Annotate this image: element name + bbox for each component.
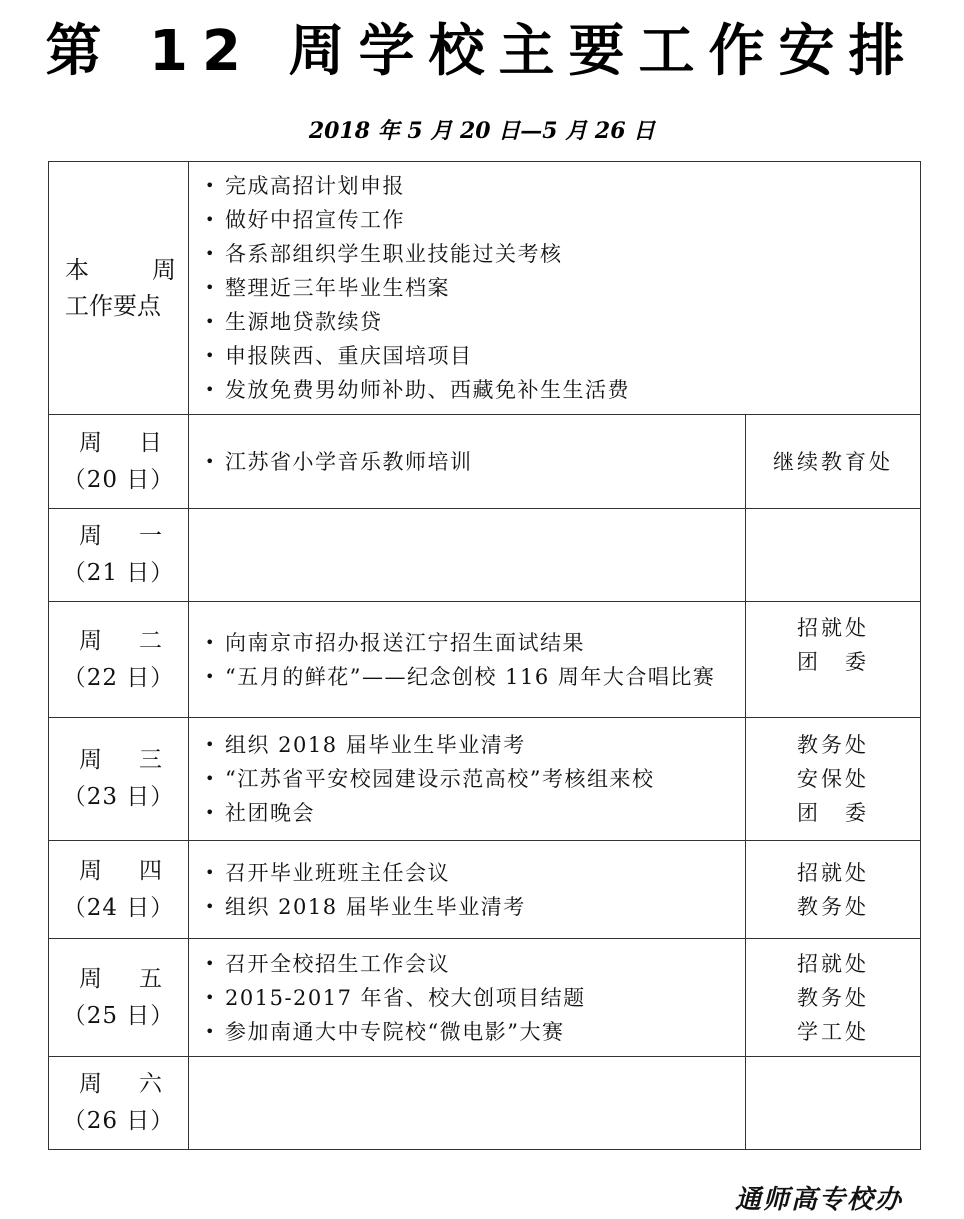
day-row-saturday: 周六 （26 日） <box>49 1057 921 1150</box>
day-label-cell: 周五 （25 日） <box>49 939 189 1057</box>
weekday-label: 三 <box>139 742 162 779</box>
day-row-wednesday: 周三 （23 日） 组织 2018 届毕业生毕业清考 “江苏省平安校园建设示范高… <box>49 718 921 841</box>
day-row-friday: 周五 （25 日） 召开全校招生工作会议 2015-2017 年省、校大创项目结… <box>49 939 921 1057</box>
date-label: （23 日） <box>49 779 188 816</box>
week-label: 周 <box>79 518 102 555</box>
date-range: 2018 年 5 月 20 日—5 月 26 日 <box>0 116 964 146</box>
day-row-sunday: 周日 （20 日） 江苏省小学音乐教师培训 继续教育处 <box>49 415 921 509</box>
tasks-cell: 召开毕业班班主任会议 组织 2018 届毕业生毕业清考 <box>189 841 746 939</box>
tasks-cell: 向南京市招办报送江宁招生面试结果 “五月的鲜花”——纪念创校 116 周年大合唱… <box>189 602 746 718</box>
summary-label-cell: 本 周 工作要点 <box>49 162 189 415</box>
weekday-label: 一 <box>139 518 162 555</box>
dept-label: 教务处 <box>746 981 920 1015</box>
day-label-cell: 周日 （20 日） <box>49 415 189 509</box>
task-item: 江苏省小学音乐教师培训 <box>203 445 739 479</box>
summary-label-part: 周 <box>152 252 176 288</box>
task-item: “江苏省平安校园建设示范高校”考核组来校 <box>203 762 739 796</box>
week-label: 周 <box>79 742 102 779</box>
dept-cell: 招就处 教务处 <box>746 841 921 939</box>
signature: 通师高专校办 <box>735 1183 903 1217</box>
day-row-tuesday: 周二 （22 日） 向南京市招办报送江宁招生面试结果 “五月的鲜花”——纪念创校… <box>49 602 921 718</box>
dept-label: 安保处 <box>746 762 920 796</box>
day-label-cell: 周三 （23 日） <box>49 718 189 841</box>
dept-label: 招就处 <box>746 611 920 645</box>
tasks-cell: 召开全校招生工作会议 2015-2017 年省、校大创项目结题 参加南通大中专院… <box>189 939 746 1057</box>
date-label: （25 日） <box>49 998 188 1035</box>
week-label: 周 <box>79 1066 102 1103</box>
summary-item: 生源地贷款续贷 <box>203 305 914 339</box>
day-row-monday: 周一 （21 日） <box>49 509 921 602</box>
tasks-cell <box>189 1057 746 1150</box>
date-label: （24 日） <box>49 890 188 927</box>
day-label-cell: 周二 （22 日） <box>49 602 189 718</box>
tasks-cell: 江苏省小学音乐教师培训 <box>189 415 746 509</box>
weekday-label: 四 <box>139 853 162 890</box>
day-row-thursday: 周四 （24 日） 召开毕业班班主任会议 组织 2018 届毕业生毕业清考 招就… <box>49 841 921 939</box>
dept-cell: 招就处 团 委 <box>746 602 921 718</box>
weekday-label: 日 <box>139 425 162 462</box>
task-item: 社团晚会 <box>203 796 739 830</box>
summary-items-cell: 完成高招计划申报 做好中招宣传工作 各系部组织学生职业技能过关考核 整理近三年毕… <box>189 162 921 415</box>
dept-label: 学工处 <box>746 1015 920 1049</box>
dept-label: 教务处 <box>746 890 920 924</box>
task-item: 召开全校招生工作会议 <box>203 947 739 981</box>
task-item: 参加南通大中专院校“微电影”大赛 <box>203 1015 739 1049</box>
task-item: 2015-2017 年省、校大创项目结题 <box>203 981 739 1015</box>
week-label: 周 <box>79 853 102 890</box>
date-label: （21 日） <box>49 555 188 592</box>
summary-item: 发放免费男幼师补助、西藏免补生生活费 <box>203 373 914 407</box>
summary-item: 申报陕西、重庆国培项目 <box>203 339 914 373</box>
weekday-label: 六 <box>139 1066 162 1103</box>
weekly-summary-row: 本 周 工作要点 完成高招计划申报 做好中招宣传工作 各系部组织学生职业技能过关… <box>49 162 921 415</box>
date-label: （20 日） <box>49 462 188 499</box>
task-item: 向南京市招办报送江宁招生面试结果 <box>203 626 739 660</box>
dept-cell: 招就处 教务处 学工处 <box>746 939 921 1057</box>
weekday-label: 二 <box>139 623 162 660</box>
task-item: “五月的鲜花”——纪念创校 116 周年大合唱比赛 <box>203 660 739 694</box>
task-item: 召开毕业班班主任会议 <box>203 856 739 890</box>
dept-cell <box>746 1057 921 1150</box>
week-label: 周 <box>79 425 102 462</box>
task-item: 组织 2018 届毕业生毕业清考 <box>203 728 739 762</box>
date-label: （26 日） <box>49 1103 188 1140</box>
task-item: 组织 2018 届毕业生毕业清考 <box>203 890 739 924</box>
dept-label: 招就处 <box>746 856 920 890</box>
dept-label: 团 委 <box>746 645 920 679</box>
dept-label: 继续教育处 <box>746 445 920 479</box>
dept-cell: 教务处 安保处 团 委 <box>746 718 921 841</box>
day-label-cell: 周四 （24 日） <box>49 841 189 939</box>
dept-cell <box>746 509 921 602</box>
tasks-cell <box>189 509 746 602</box>
weekday-label: 五 <box>139 961 162 998</box>
schedule-table: 本 周 工作要点 完成高招计划申报 做好中招宣传工作 各系部组织学生职业技能过关… <box>48 161 921 1150</box>
dept-cell: 继续教育处 <box>746 415 921 509</box>
day-label-cell: 周六 （26 日） <box>49 1057 189 1150</box>
summary-label-part: 本 <box>65 252 89 288</box>
summary-item: 做好中招宣传工作 <box>203 203 914 237</box>
page-title: 第 12 周学校主要工作安排 <box>0 14 964 90</box>
week-label: 周 <box>79 961 102 998</box>
week-label: 周 <box>79 623 102 660</box>
dept-label: 教务处 <box>746 728 920 762</box>
dept-label: 团 委 <box>746 796 920 830</box>
tasks-cell: 组织 2018 届毕业生毕业清考 “江苏省平安校园建设示范高校”考核组来校 社团… <box>189 718 746 841</box>
date-label: （22 日） <box>49 660 188 697</box>
summary-label-part: 工作要点 <box>65 288 176 324</box>
dept-label: 招就处 <box>746 947 920 981</box>
summary-item: 各系部组织学生职业技能过关考核 <box>203 237 914 271</box>
summary-item: 完成高招计划申报 <box>203 169 914 203</box>
day-label-cell: 周一 （21 日） <box>49 509 189 602</box>
summary-item: 整理近三年毕业生档案 <box>203 271 914 305</box>
